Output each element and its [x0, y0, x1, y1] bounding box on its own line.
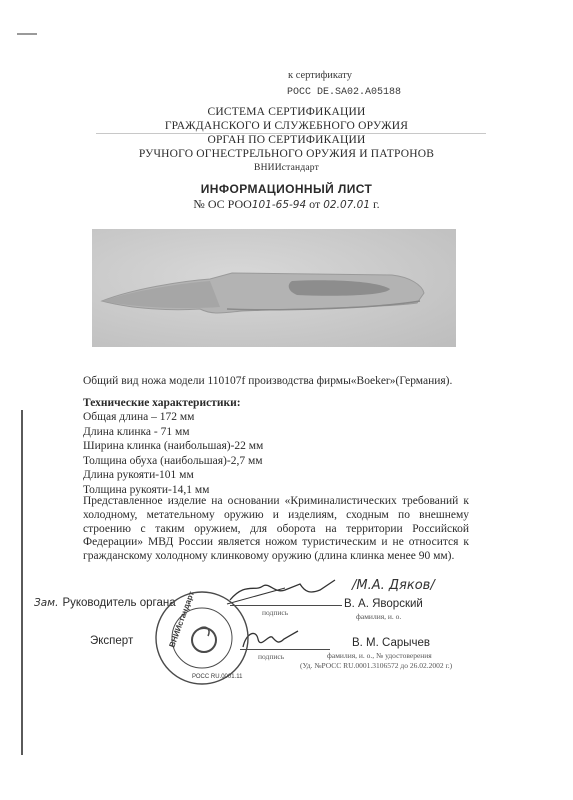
- head-name: В. А. Яворский: [344, 598, 423, 610]
- conclusion-paragraph: Представленное изделие на основании «Кри…: [83, 495, 469, 564]
- knife-photo: [92, 229, 456, 347]
- header-line-1: СИСТЕМА СЕРТИФИКАЦИИ: [0, 106, 573, 118]
- number-prefix: № ОС РОО: [193, 197, 251, 211]
- certificate-number: POCC DE.SA02.A05188: [287, 87, 401, 98]
- handwritten-number: 101-65-94: [252, 199, 306, 211]
- date-suffix: г.: [373, 197, 380, 211]
- expert-name-caption: фамилия, и. о., № удостоверения: [327, 651, 432, 660]
- spec-item: Ширина клинка (наибольшая)-22 мм: [83, 439, 263, 454]
- handwritten-date: 02.07.01: [323, 199, 370, 211]
- expert-certificate-note: (Уд. №РОСС RU.0001.3106572 до 26.02.2002…: [300, 661, 452, 670]
- expert-name: В. М. Сарычев: [352, 637, 430, 649]
- head-signature-caption: подпись: [262, 608, 288, 617]
- specs-list: Общая длина – 172 мм Длина клинка - 71 м…: [83, 410, 263, 497]
- annex-label: к сертификату: [288, 70, 352, 81]
- official-stamp: ВНИИстандарт РОСС RU.0001.11: [152, 588, 252, 688]
- organization-name: ВНИИстандарт: [0, 163, 573, 173]
- knife-illustration: [92, 229, 456, 347]
- header-line-2: ГРАЖДАНСКОГО И СЛУЖЕБНОГО ОРУЖИЯ: [0, 120, 573, 132]
- handwritten-deputy: Зам.: [34, 597, 58, 609]
- info-sheet-number: № ОС РОО101-65-94 от 02.07.01 г.: [0, 197, 573, 212]
- stamp-bottom-text: РОСС RU.0001.11: [192, 674, 243, 680]
- spec-item: Длина клинка - 71 мм: [83, 425, 263, 440]
- head-name-caption: фамилия, и. о.: [356, 612, 401, 621]
- handwritten-head-name: /М.А. Дяков/: [352, 578, 435, 593]
- spec-item: Толщина обуха (наибольшая)-2,7 мм: [83, 454, 263, 469]
- spec-item: Общая длина – 172 мм: [83, 410, 263, 425]
- scan-artifact-mark: [17, 33, 37, 35]
- expert-role: Эксперт: [90, 635, 133, 647]
- date-prefix: от: [309, 197, 320, 211]
- scan-margin-line: [21, 410, 23, 755]
- spec-item: Длина рукояти-101 мм: [83, 468, 263, 483]
- header-line-4: РУЧНОГО ОГНЕСТРЕЛЬНОГО ОРУЖИЯ И ПАТРОНОВ: [0, 148, 573, 160]
- expert-signature-caption: подпись: [258, 652, 284, 661]
- header-line-3: ОРГАН ПО СЕРТИФИКАЦИИ: [0, 134, 573, 146]
- photo-caption: Общий вид ножа модели 110107f производст…: [83, 375, 452, 387]
- info-sheet-title: ИНФОРМАЦИОННЫЙ ЛИСТ: [0, 182, 573, 196]
- specs-title: Технические характеристики:: [83, 397, 241, 409]
